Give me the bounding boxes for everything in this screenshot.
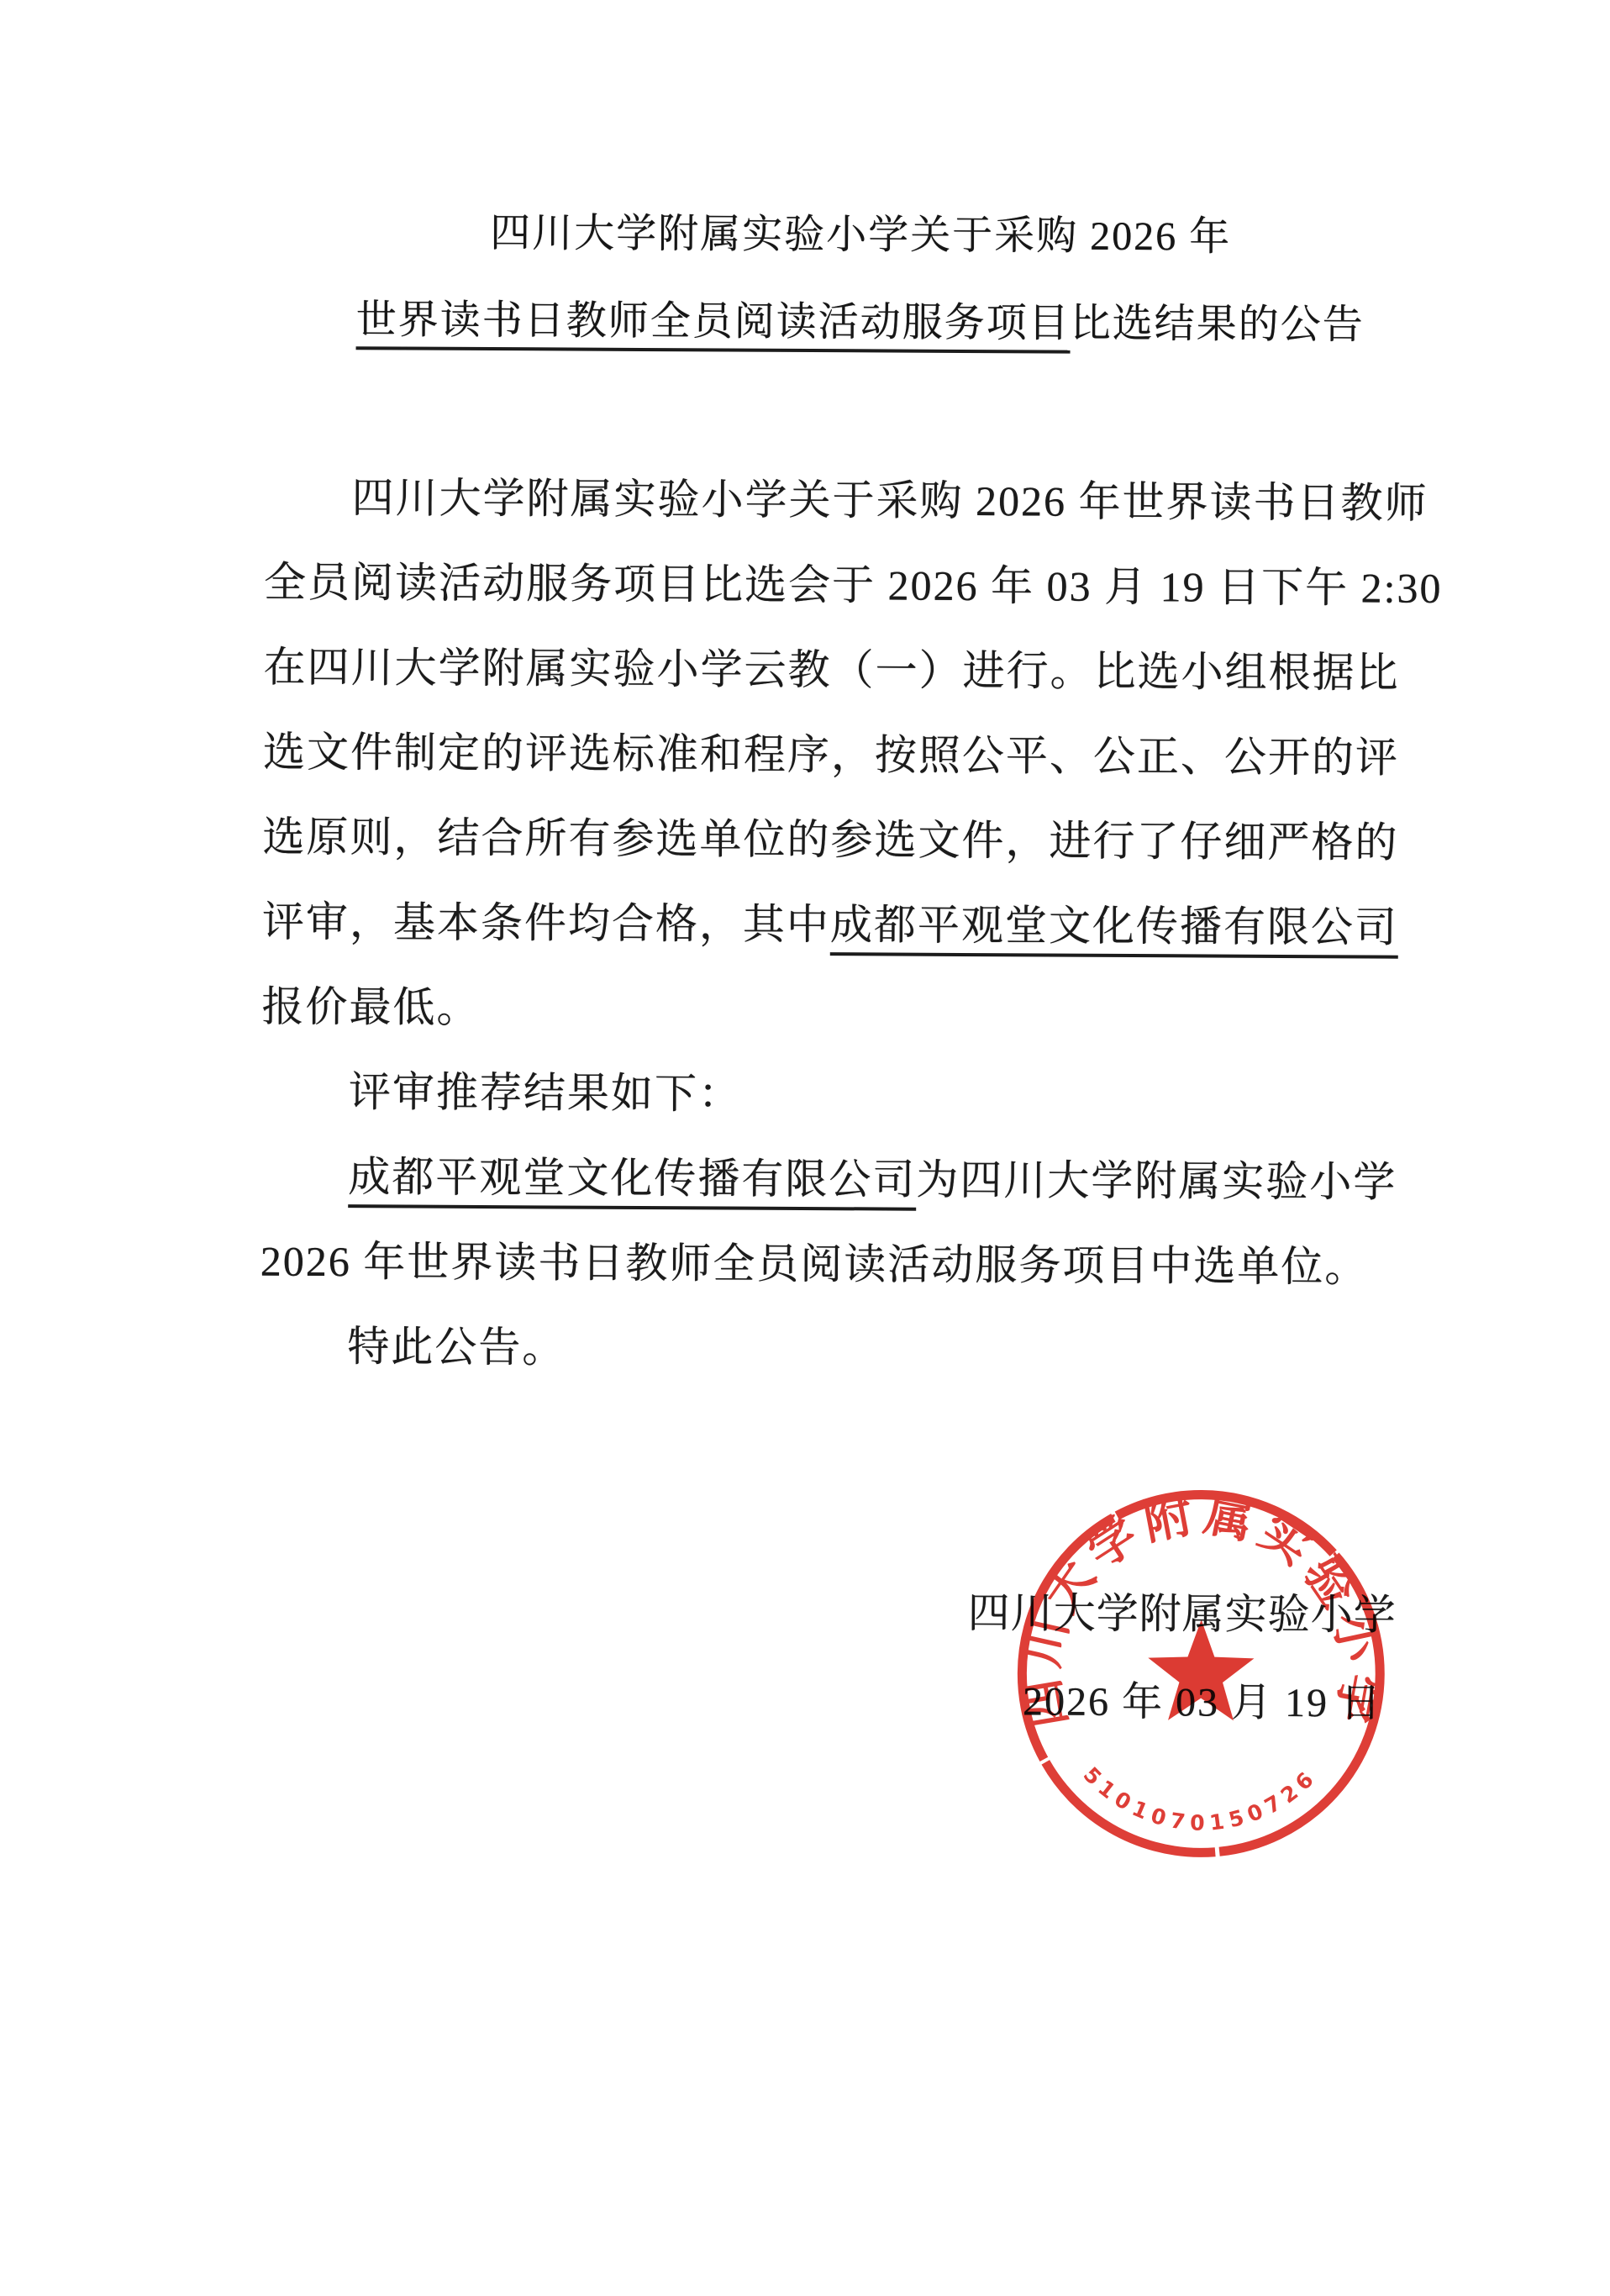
doc-title-line-2: 世界读书日教师全员阅读活动服务项目比选结果的公告 [281,287,1440,350]
svg-text:5101070150726: 5101070150726 [1078,1762,1323,1836]
doc-body: 四川大学附属实验小学关于采购 2026 年世界读书日教师 全员阅读活动服务项目比… [260,456,1434,1395]
underlined-company-name: 成都平观堂文化传播有限公司 [830,901,1398,959]
body-line: 四川大学附属实验小学关于采购 2026 年世界读书日教师 [264,456,1434,546]
body-text-segment: 特此公告。 [347,1323,566,1371]
body-line: 选原则，结合所有参选单位的参选文件，进行了仔细严格的 [262,795,1433,886]
body-text-segment: 评审推荐结果如下： [349,1068,742,1117]
doc-title-suffix: 比选结果的公告 [1071,302,1365,348]
body-line: 评审，基本条件均合格，其中成都平观堂文化传播有限公司 [262,880,1433,971]
body-line: 2026 年世界读书日教师全员阅读活动服务项目中选单位。 [260,1219,1431,1310]
body-line: 全员阅读活动服务项目比选会于 2026 年 03 月 19 日下午 2:30 [264,540,1434,631]
document-page: 四川大学附属实验小学关于采购 2026 年 世界读书日教师全员阅读活动服务项目比… [0,0,1610,2296]
official-seal-stamp: 四川大学附属实验小学 5101070150726 [1006,1478,1396,1868]
body-text-segment: 为四川大学附属实验小学 [916,1156,1397,1206]
body-text-segment: 选原则，结合所有参选单位的参选文件，进行了仔细严格的 [262,814,1398,866]
body-text-segment: 评审，基本条件均合格，其中 [262,898,830,949]
scanned-document: 四川大学附属实验小学关于采购 2026 年 世界读书日教师全员阅读活动服务项目比… [0,0,1610,2296]
body-line: 成都平观堂文化传播有限公司为四川大学附属实验小学 [260,1135,1431,1225]
seal-serial-number: 5101070150726 [1078,1762,1323,1836]
body-text-segment: 2026 年世界读书日教师全员阅读活动服务项目中选单位。 [260,1238,1369,1291]
body-text-segment: 选文件制定的评选标准和程序，按照公平、公正、公开的评 [263,729,1399,782]
body-line: 特此公告。 [260,1304,1430,1395]
body-text-segment: 报价最低。 [261,983,480,1031]
body-text-segment: 在四川大学附属实验小学云教（一）进行。比选小组根据比 [263,644,1399,697]
doc-title-line-1: 四川大学附属实验小学关于采购 2026 年 [281,199,1440,263]
body-line: 评审推荐结果如下： [261,1050,1432,1140]
body-text-segment: 全员阅读活动服务项目比选会于 2026 年 03 月 19 日下午 2:30 [264,559,1443,612]
underlined-company-name: 成都平观堂文化传播有限公司 [348,1153,916,1211]
star-icon [1148,1619,1255,1721]
body-line: 在四川大学附属实验小学云教（一）进行。比选小组根据比 [263,625,1434,716]
doc-title-project-name: 世界读书日教师全员阅读活动服务项目 [356,298,1071,353]
body-line: 选文件制定的评选标准和程序，按照公平、公正、公开的评 [263,710,1434,801]
body-text-segment: 四川大学附属实验小学关于采购 2026 年世界读书日教师 [351,474,1428,527]
body-line: 报价最低。 [261,965,1432,1056]
